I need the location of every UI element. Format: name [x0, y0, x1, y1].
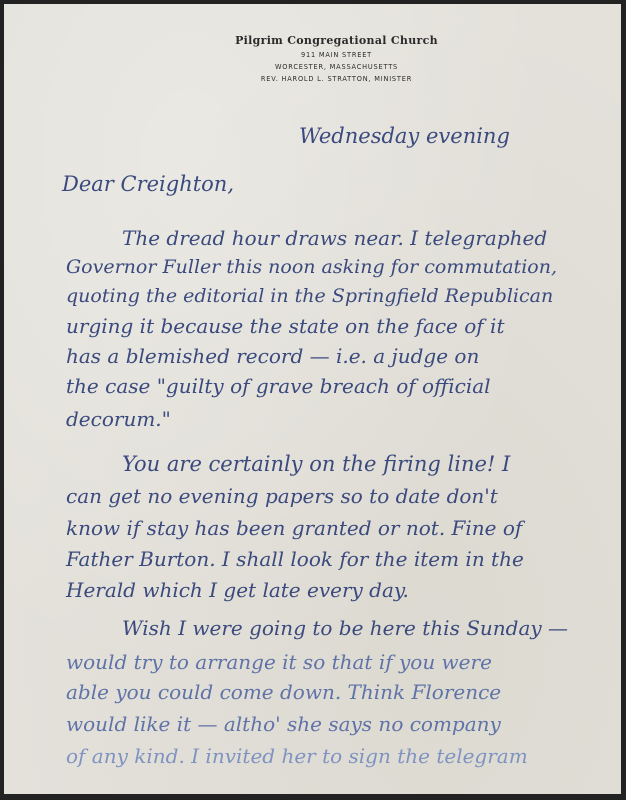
body-line-17: of any kind. I invited her to sign the t… — [66, 744, 528, 768]
body-line-15: able you could come down. Think Florence — [66, 680, 501, 704]
letterhead: Pilgrim Congregational Church 911 Main S… — [4, 34, 621, 83]
church-name: Pilgrim Congregational Church — [52, 34, 621, 47]
letter-page: Pilgrim Congregational Church 911 Main S… — [4, 4, 621, 794]
body-line-9: can get no evening papers so to date don… — [66, 484, 498, 508]
body-line-5: has a blemished record — i.e. a judge on — [66, 344, 479, 368]
body-line-3: quoting the editorial in the Springfield… — [66, 285, 553, 307]
body-line-6: the case "guilty of grave breach of offi… — [66, 374, 491, 398]
body-line-16: would like it — altho' she says no compa… — [66, 712, 501, 736]
scan-frame: Pilgrim Congregational Church 911 Main S… — [0, 0, 626, 800]
church-street: 911 Main Street — [52, 51, 621, 59]
body-line-11: Father Burton. I shall look for the item… — [66, 547, 524, 571]
body-line-12: Herald which I get late every day. — [66, 578, 409, 602]
body-line-8: You are certainly on the firing line! I — [122, 452, 510, 476]
body-line-1: The dread hour draws near. I telegraphed — [122, 226, 547, 250]
body-line-13: Wish I were going to be here this Sunday… — [122, 616, 568, 640]
church-city: Worcester, Massachusetts — [52, 63, 621, 71]
dateline: Wednesday evening — [299, 124, 510, 148]
body-line-10: know if stay has been granted or not. Fi… — [66, 516, 522, 540]
church-minister: Rev. Harold L. Stratton, Minister — [52, 75, 621, 83]
body-line-4: urging it because the state on the face … — [66, 314, 505, 338]
body-line-2: Governor Fuller this noon asking for com… — [66, 256, 557, 278]
body-line-14: would try to arrange it so that if you w… — [66, 650, 492, 674]
body-line-7: decorum." — [66, 407, 171, 431]
salutation: Dear Creighton, — [62, 172, 234, 196]
